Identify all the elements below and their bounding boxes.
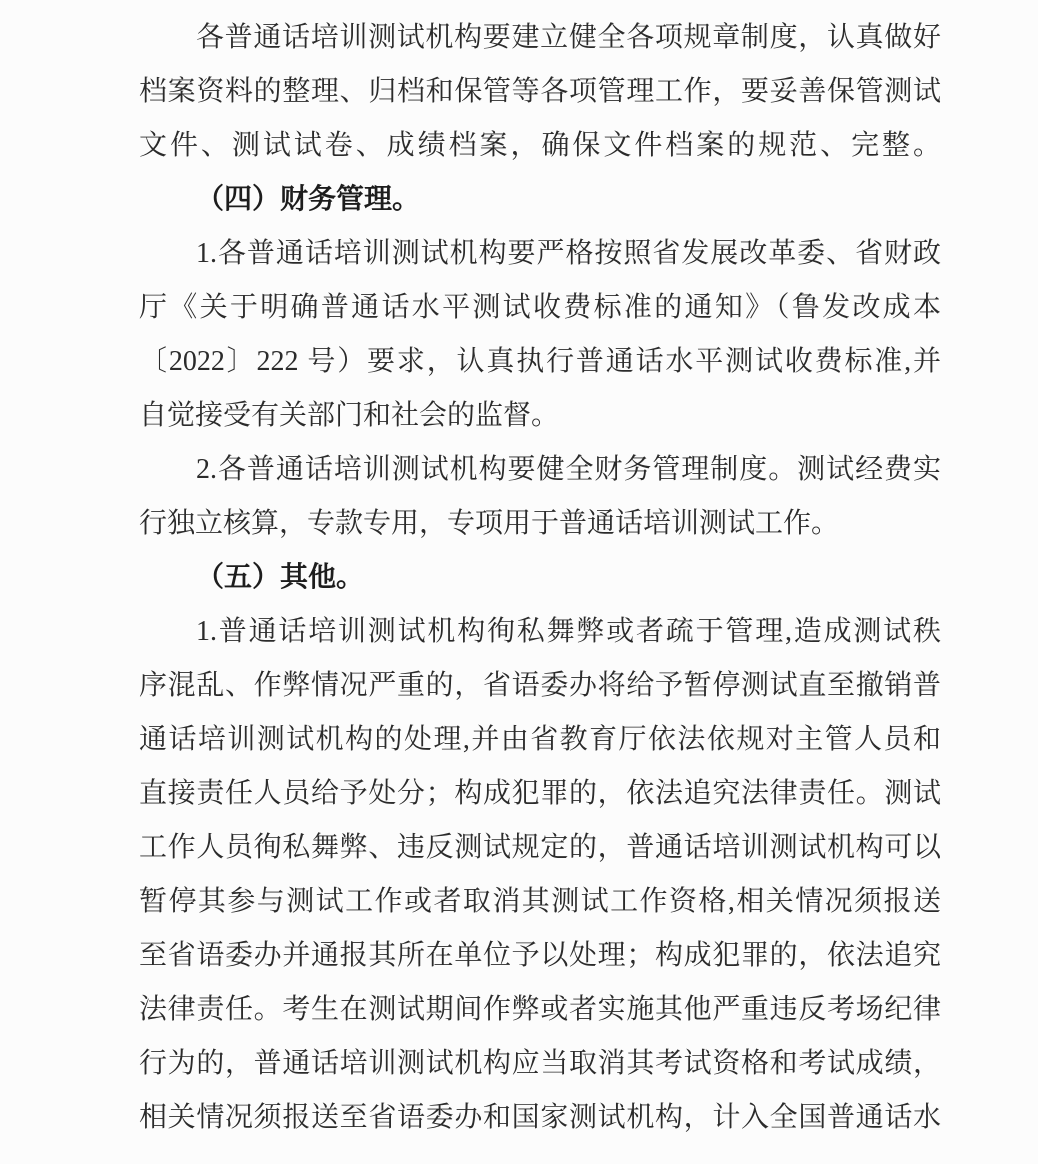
document-body: 各普通话培训测试机构要建立健全各项规章制度，认真做好 档案资料的整理、归档和保管… bbox=[139, 11, 941, 1145]
paragraph-line: 〔2022〕222 号）要求，认真执行普通话水平测试收费标准,并 bbox=[139, 335, 941, 389]
paragraph-line: 至省语委办并通报其所在单位予以处理；构成犯罪的，依法追究 bbox=[139, 929, 941, 983]
paragraph-line: 2.各普通话培训测试机构要健全财务管理制度。测试经费实 bbox=[139, 443, 941, 497]
paragraph-line: 暂停其参与测试工作或者取消其测试工作资格,相关情况须报送 bbox=[139, 875, 941, 929]
paragraph-line: 厅《关于明确普通话水平测试收费标准的通知》（鲁发改成本 bbox=[139, 281, 941, 335]
section-heading-other: （五）其他。 bbox=[139, 551, 941, 605]
paragraph-line: 序混乱、作弊情况严重的，省语委办将给予暂停测试直至撤销普 bbox=[139, 659, 941, 713]
paragraph-line: 法律责任。考生在测试期间作弊或者实施其他严重违反考场纪律 bbox=[139, 983, 941, 1037]
paragraph-line: 通话培训测试机构的处理,并由省教育厅依法依规对主管人员和 bbox=[139, 713, 941, 767]
paragraph-line: 工作人员徇私舞弊、违反测试规定的，普通话培训测试机构可以 bbox=[139, 821, 941, 875]
paragraph-line: 直接责任人员给予处分；构成犯罪的，依法追究法律责任。测试 bbox=[139, 767, 941, 821]
paragraph-line: 档案资料的整理、归档和保管等各项管理工作，要妥善保管测试 bbox=[139, 65, 941, 119]
paragraph-line: 各普通话培训测试机构要建立健全各项规章制度，认真做好 bbox=[139, 11, 941, 65]
paragraph-line: 行为的，普通话培训测试机构应当取消其考试资格和考试成绩， bbox=[139, 1037, 941, 1091]
paragraph-line: 行独立核算，专款专用，专项用于普通话培训测试工作。 bbox=[139, 497, 941, 551]
paragraph-line: 相关情况须报送至省语委办和国家测试机构，计入全国普通话水 bbox=[139, 1091, 941, 1145]
paragraph-line: 1.各普通话培训测试机构要严格按照省发展改革委、省财政 bbox=[139, 227, 941, 281]
document-page: 各普通话培训测试机构要建立健全各项规章制度，认真做好 档案资料的整理、归档和保管… bbox=[0, 0, 1038, 1164]
paragraph-line: 1.普通话培训测试机构徇私舞弊或者疏于管理,造成测试秩 bbox=[139, 605, 941, 659]
section-heading-finance: （四）财务管理。 bbox=[139, 173, 941, 227]
paragraph-line: 文件、测试试卷、成绩档案，确保文件档案的规范、完整。 bbox=[139, 119, 941, 173]
paragraph-line: 自觉接受有关部门和社会的监督。 bbox=[139, 389, 941, 443]
